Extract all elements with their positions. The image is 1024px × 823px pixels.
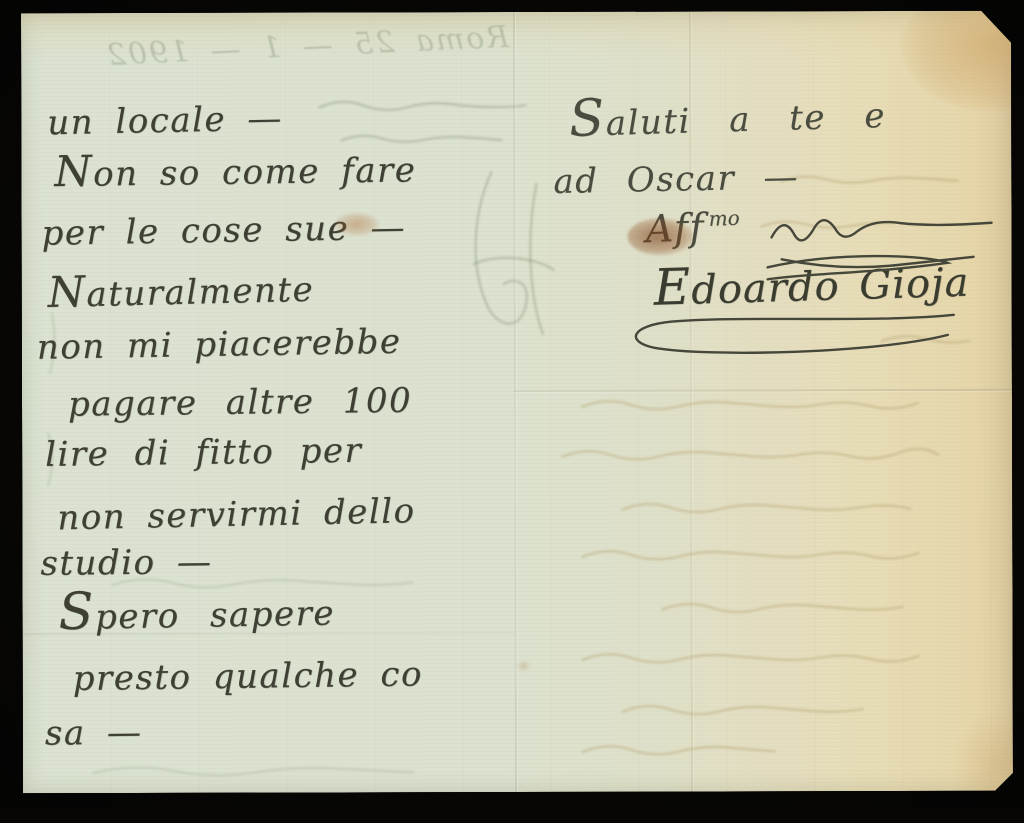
letter-line: Naturalmente [47, 270, 314, 316]
letter-page: Roma 25 — 1 — 1902 [21, 11, 1013, 794]
aged-corner-stain [953, 711, 1024, 807]
ink-stain [628, 218, 694, 256]
crease-vertical-center [513, 12, 517, 792]
letter-line: un locale — [47, 99, 283, 144]
letter-line: sa — [45, 713, 143, 754]
closing-line: ad Oscar — [553, 157, 799, 202]
letter-line: pagare altre 100 [68, 381, 413, 425]
letter-line: Non so come fare [54, 150, 416, 195]
letter-line: studio — [40, 542, 212, 584]
crease-horizontal-right [514, 389, 1012, 392]
ink-stain [517, 660, 531, 672]
signature-flourish [618, 249, 968, 360]
letter-line: lire di fitto per [45, 431, 363, 475]
bleedthrough-date: Roma 25 — 1 — 1902 [39, 20, 510, 77]
letter-line: non mi piacerebbe [37, 322, 402, 368]
letter-line: presto qualche co [72, 654, 423, 699]
letter-line: non servirmi dello [57, 491, 416, 538]
scan-background: Roma 25 — 1 — 1902 [0, 0, 1024, 807]
aged-corner-stain [901, 0, 1024, 111]
letter-line: Spero sapere [58, 591, 335, 639]
valediction-superscript: mo [708, 206, 740, 231]
ink-stain [334, 212, 380, 236]
closing-line: Saluti a te e [569, 93, 887, 145]
